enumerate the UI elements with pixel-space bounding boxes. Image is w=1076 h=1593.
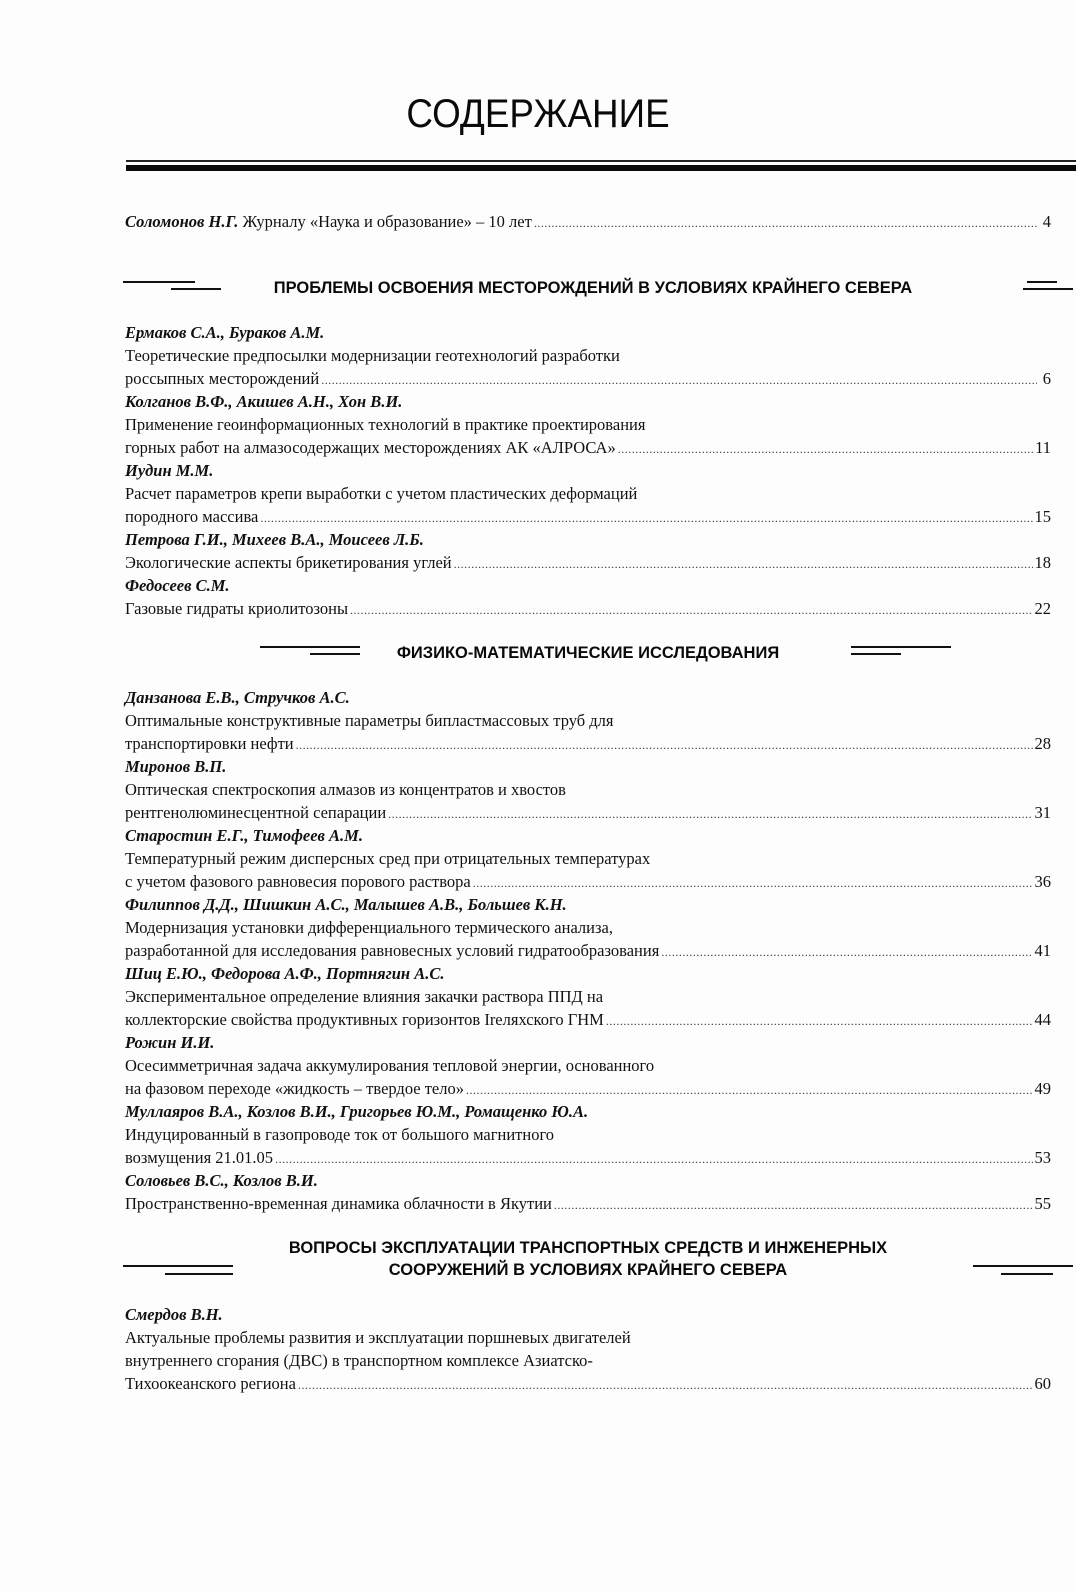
toc-entry-last-line: Тихоокеанского региона60 [125,1372,1051,1395]
toc-entry-authors: Петрова Г.И., Михеев В.А., Моисеев Л.Б. [125,528,1051,551]
toc-entry-last-line: россыпных месторождений6 [125,367,1051,390]
toc-entry-title-line: с учетом фазового равновесия порового ра… [125,870,471,893]
toc-intro-entry[interactable]: Соломонов Н.Г. Журналу «Наука и образова… [125,210,1051,233]
toc-entry[interactable]: Смердов В.Н.Актуальные проблемы развития… [125,1303,1051,1395]
toc-entry-authors: Федосеев С.М. [125,574,1051,597]
toc-entry-title-line: транспортировки нефти [125,732,294,755]
toc-entry-authors: Соломонов Н.Г. [125,212,238,231]
toc-entry-page: 28 [1035,732,1052,755]
toc-entry-authors: Миронов В.П. [125,755,1051,778]
section-heading-line: СООРУЖЕНИЙ В УСЛОВИЯХ КРАЙНЕГО СЕВЕРА [125,1259,1051,1281]
toc-entry-page: 18 [1035,551,1052,574]
toc-entry[interactable]: Филиппов Д.Д., Шишкин А.С., Малышев А.В.… [125,893,1051,962]
toc-entry-title-line: Применение геоинформационных технологий … [125,413,1051,436]
toc-entry[interactable]: Муллаяров В.А., Козлов В.И., Григорьев Ю… [125,1100,1051,1169]
toc-entry-title-line: Температурный режим дисперсных сред при … [125,847,1051,870]
toc-entry-title-line: горных работ на алмазосодержащих месторо… [125,436,616,459]
section-heading-line: ПРОБЛЕМЫ ОСВОЕНИЯ МЕСТОРОЖДЕНИЙ В УСЛОВИ… [195,277,991,299]
dot-leader [618,438,1033,461]
toc-entry-page: 4 [1039,210,1051,233]
toc-entry-title-line: Индуцированный в газопроводе ток от боль… [125,1123,1051,1146]
toc-entry-title-line: рентгенолюминесцентной сепарации [125,801,386,824]
toc-entry[interactable]: Шиц Е.Ю., Федорова А.Ф., Портнягин А.С.Э… [125,962,1051,1031]
dot-leader [388,803,1032,826]
section-heading: ПРОБЛЕМЫ ОСВОЕНИЯ МЕСТОРОЖДЕНИЙ В УСЛОВИ… [125,277,1051,299]
toc-entry-page: 31 [1035,801,1052,824]
toc-entry-title-line: коллекторские свойства продуктивных гори… [125,1008,604,1031]
table-of-contents: Соломонов Н.Г. Журналу «Наука и образова… [125,210,1051,1395]
decorative-rule [123,1265,233,1267]
toc-entry-title-line: Экологические аспекты брикетирования угл… [125,551,452,574]
toc-entry-authors: Колганов В.Ф., Акишев А.Н., Хон В.И. [125,390,1051,413]
decorative-rule [260,646,360,648]
decorative-rule [310,653,360,655]
toc-entry-authors: Филиппов Д.Д., Шишкин А.С., Малышев А.В.… [125,893,1051,916]
title-rule-thick [126,165,1076,171]
toc-entry-page: 49 [1035,1077,1052,1100]
toc-entry-page: 36 [1035,870,1052,893]
toc-entry-last-line: возмущения 21.01.0553 [125,1146,1051,1169]
toc-entry-title-line: Актуальные проблемы развития и эксплуата… [125,1326,1051,1349]
toc-entry-page: 22 [1035,597,1052,620]
toc-entry-last-line: Экологические аспекты брикетирования угл… [125,551,1051,574]
dot-leader [298,1374,1033,1397]
dot-leader [554,1194,1033,1217]
dot-leader [473,872,1033,895]
decorative-rule [1023,288,1073,290]
toc-entry-page: 15 [1035,505,1052,528]
toc-entry-title-line: Осесимметричная задача аккумулирования т… [125,1054,1051,1077]
section-heading: ФИЗИКО-МАТЕМАТИЧЕСКИЕ ИССЛЕДОВАНИЯ [125,642,1051,664]
decorative-rule [123,281,195,283]
toc-entry[interactable]: Петрова Г.И., Михеев В.А., Моисеев Л.Б.Э… [125,528,1051,574]
toc-entry-title-line: Теоретические предпосылки модернизации г… [125,344,1051,367]
toc-entry-title-line: Оптическая спектроскопия алмазов из конц… [125,778,1051,801]
dot-leader [534,212,1037,235]
toc-entry-page: 44 [1035,1008,1052,1031]
toc-entry[interactable]: Колганов В.Ф., Акишев А.Н., Хон В.И.Прим… [125,390,1051,459]
toc-sections: ПРОБЛЕМЫ ОСВОЕНИЯ МЕСТОРОЖДЕНИЙ В УСЛОВИ… [125,277,1051,1395]
toc-entry-text: Соломонов Н.Г. Журналу «Наука и образова… [125,210,532,233]
toc-entry-title-line: Пространственно-временная динамика облач… [125,1192,552,1215]
decorative-rule [1027,281,1057,283]
toc-entry[interactable]: Соловьев В.С., Козлов В.И.Пространственн… [125,1169,1051,1215]
decorative-rule [973,1265,1073,1267]
title-double-rule [126,160,1076,174]
dot-leader [321,369,1037,392]
toc-entry-page: 55 [1035,1192,1052,1215]
toc-entry-authors: Смердов В.Н. [125,1303,1051,1326]
toc-entry-page: 41 [1035,939,1052,962]
dot-leader [275,1148,1032,1171]
decorative-rule [851,646,951,648]
toc-entry-title-line: внутреннего сгорания (ДВС) в транспортно… [125,1349,1051,1372]
decorative-rule [851,653,901,655]
toc-entry-title-line: россыпных месторождений [125,367,319,390]
toc-entry-last-line: на фазовом переходе «жидкость – твердое … [125,1077,1051,1100]
toc-entry[interactable]: Федосеев С.М.Газовые гидраты криолитозон… [125,574,1051,620]
dot-leader [454,553,1033,576]
toc-entry-authors: Муллаяров В.А., Козлов В.И., Григорьев Ю… [125,1100,1051,1123]
toc-entry-authors: Соловьев В.С., Козлов В.И. [125,1169,1051,1192]
toc-entry-last-line: Пространственно-временная динамика облач… [125,1192,1051,1215]
toc-entry[interactable]: Ермаков С.А., Бураков А.М.Теоретические … [125,321,1051,390]
toc-entry-title-line: Экспериментальное определение влияния за… [125,985,1051,1008]
section-heading-line: ВОПРОСЫ ЭКСПЛУАТАЦИИ ТРАНСПОРТНЫХ СРЕДСТ… [125,1237,1051,1259]
toc-entry-page: 11 [1035,436,1051,459]
page-title: СОДЕРЖАНИЕ [43,92,1033,137]
toc-entry-title-line: на фазовом переходе «жидкость – твердое … [125,1077,464,1100]
dot-leader [260,507,1032,530]
toc-entry-title-line: разработанной для исследования равновесн… [125,939,659,962]
toc-entry-page: 60 [1035,1372,1052,1395]
toc-entry-title-line: Газовые гидраты криолитозоны [125,597,348,620]
toc-entry-authors: Шиц Е.Ю., Федорова А.Ф., Портнягин А.С. [125,962,1051,985]
section-heading: ВОПРОСЫ ЭКСПЛУАТАЦИИ ТРАНСПОРТНЫХ СРЕДСТ… [125,1237,1051,1281]
toc-entry-authors: Данзанова Е.В., Стручков А.С. [125,686,1051,709]
toc-entry[interactable]: Старостин Е.Г., Тимофеев А.М.Температурн… [125,824,1051,893]
toc-entry-title-line: Расчет параметров крепи выработки с учет… [125,482,1051,505]
toc-entry[interactable]: Иудин М.М.Расчет параметров крепи вырабо… [125,459,1051,528]
toc-entry-last-line: коллекторские свойства продуктивных гори… [125,1008,1051,1031]
toc-entry-authors: Старостин Е.Г., Тимофеев А.М. [125,824,1051,847]
toc-entry-authors: Иудин М.М. [125,459,1051,482]
toc-entry[interactable]: Рожин И.И.Осесимметричная задача аккумул… [125,1031,1051,1100]
decorative-rule [1001,1273,1053,1275]
dot-leader [606,1010,1033,1033]
decorative-rule [171,288,221,290]
toc-entry-authors: Ермаков С.А., Бураков А.М. [125,321,1051,344]
toc-entry-last-line: горных работ на алмазосодержащих месторо… [125,436,1051,459]
toc-entry-title-line: Тихоокеанского региона [125,1372,296,1395]
title-rule-thin [126,160,1076,162]
toc-entry-last-line: разработанной для исследования равновесн… [125,939,1051,962]
toc-entry-title-line: возмущения 21.01.05 [125,1146,273,1169]
toc-entry-title-line: Оптимальные конструктивные параметры бип… [125,709,1051,732]
dot-leader [661,941,1032,964]
toc-entry-last-line: рентгенолюминесцентной сепарации31 [125,801,1051,824]
toc-entry[interactable]: Миронов В.П.Оптическая спектроскопия алм… [125,755,1051,824]
toc-entry-title: Журналу «Наука и образование» – 10 лет [238,212,532,231]
toc-entry[interactable]: Данзанова Е.В., Стручков А.С.Оптимальные… [125,686,1051,755]
dot-leader [466,1079,1033,1102]
toc-entry-last-line: с учетом фазового равновесия порового ра… [125,870,1051,893]
toc-entry-title-line: Модернизация установки дифференциального… [125,916,1051,939]
toc-entry-page: 53 [1035,1146,1052,1169]
toc-entry-authors: Рожин И.И. [125,1031,1051,1054]
toc-entry-page: 6 [1039,367,1051,390]
decorative-rule [165,1273,233,1275]
toc-entry-last-line: транспортировки нефти28 [125,732,1051,755]
dot-leader [296,734,1033,757]
toc-entry-title-line: породного массива [125,505,258,528]
toc-entry-last-line: Газовые гидраты криолитозоны22 [125,597,1051,620]
dot-leader [350,599,1032,622]
toc-entry-last-line: породного массива15 [125,505,1051,528]
